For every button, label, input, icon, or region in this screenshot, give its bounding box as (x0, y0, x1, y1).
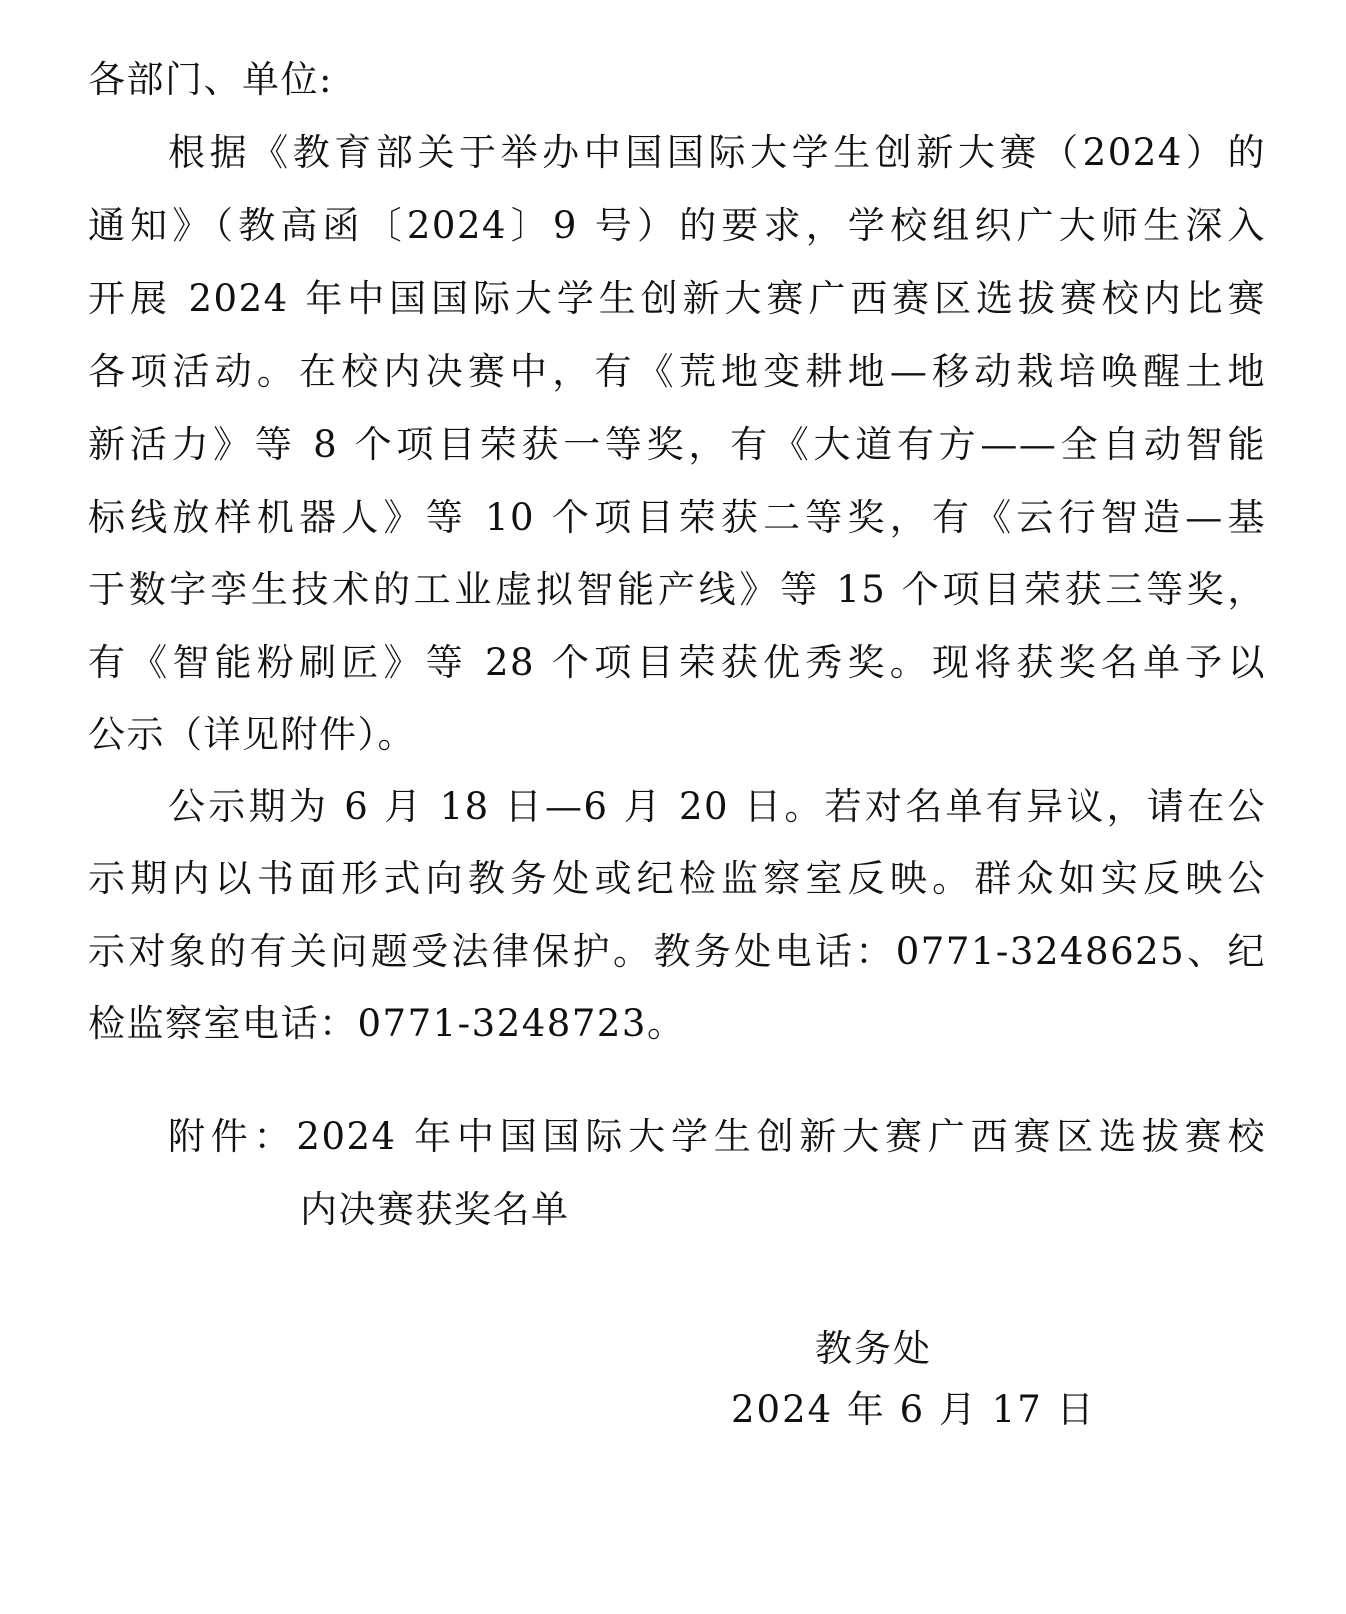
paragraph-line: 示期内以书面形式向教务处或纪检监察室反映。群众如实反映公 (88, 857, 1266, 901)
paragraph-line: 各项活动。在校内决赛中，有《荒地变耕地—移动栽培唤醒土地 (88, 350, 1266, 394)
signature-date: 2024 年 6 月 17 日 (731, 1388, 1096, 1432)
paragraph-line: 示对象的有关问题受法律保护。教务处电话：0771-3248625、纪 (88, 930, 1266, 974)
attachment-title: 2024 年中国国际大学生创新大赛广西赛区选拔赛校 (296, 1115, 1266, 1158)
signature-office: 教务处 (815, 1327, 932, 1371)
attachment-line: 附件：2024 年中国国际大学生创新大赛广西赛区选拔赛校 (168, 1115, 1266, 1159)
attachment-label: 附件： (168, 1115, 296, 1158)
attachment-line: 内决赛获奖名单 (300, 1188, 1100, 1232)
paragraph-line: 公示（详见附件）。 (88, 713, 1266, 757)
paragraph-line: 检监察室电话：0771-3248723。 (88, 1002, 1266, 1046)
paragraph-line: 通知》（教高函〔2024〕9 号）的要求，学校组织广大师生深入 (88, 204, 1266, 248)
paragraph-line: 标线放样机器人》等 10 个项目荣获二等奖，有《云行智造—基 (88, 496, 1266, 540)
document-page: 各部门、单位: 根据《教育部关于举办中国国际大学生创新大赛（2024）的 通知》… (0, 0, 1346, 1614)
paragraph-line: 有《智能粉刷匠》等 28 个项目荣获优秀奖。现将获奖名单予以 (88, 641, 1266, 685)
paragraph-line: 公示期为 6 月 18 日—6 月 20 日。若对名单有异议，请在公 (168, 785, 1266, 829)
paragraph-line: 新活力》等 8 个项目荣获一等奖，有《大道有方——全自动智能 (88, 423, 1266, 467)
paragraph-line: 开展 2024 年中国国际大学生创新大赛广西赛区选拔赛校内比赛 (88, 277, 1266, 321)
paragraph-line: 于数字孪生技术的工业虚拟智能产线》等 15 个项目荣获三等奖， (88, 568, 1266, 612)
salutation: 各部门、单位: (88, 58, 1266, 102)
paragraph-line: 根据《教育部关于举办中国国际大学生创新大赛（2024）的 (168, 131, 1266, 175)
